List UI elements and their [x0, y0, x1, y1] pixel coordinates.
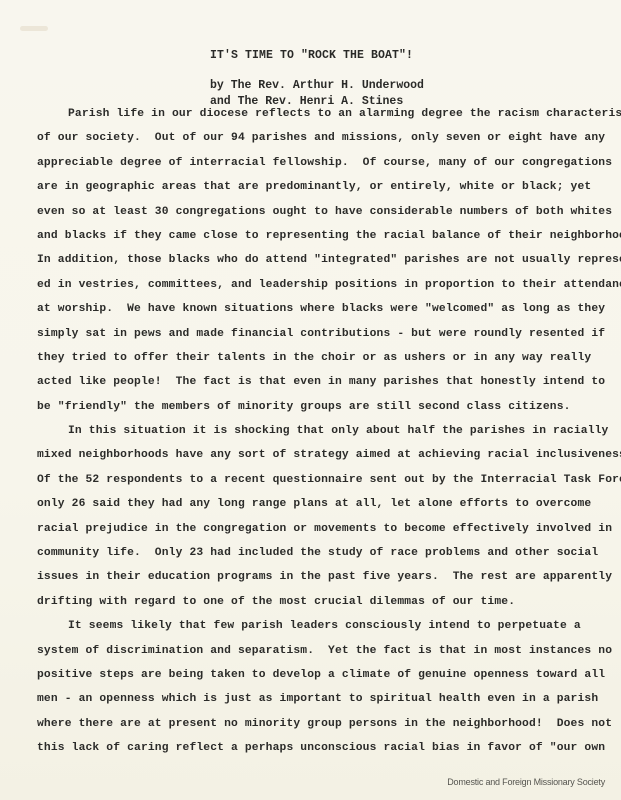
body-line: It seems likely that few parish leaders … — [37, 614, 597, 638]
body-line: appreciable degree of interracial fellow… — [37, 151, 597, 175]
source-attribution: Domestic and Foreign Missionary Society — [447, 777, 605, 787]
body-line: be "friendly" the members of minority gr… — [37, 395, 597, 419]
document-title: IT'S TIME TO "ROCK THE BOAT"! — [210, 49, 413, 62]
body-line: system of discrimination and separatism.… — [37, 639, 597, 663]
body-line: racial prejudice in the congregation or … — [37, 517, 597, 541]
body-line: and blacks if they came close to represe… — [37, 224, 597, 248]
body-line: even so at least 30 congregations ought … — [37, 200, 597, 224]
document-body: Parish life in our diocese reflects to a… — [37, 102, 597, 761]
body-line: men - an openness which is just as impor… — [37, 687, 597, 711]
body-line: they tried to offer their talents in the… — [37, 346, 597, 370]
body-line: simply sat in pews and made financial co… — [37, 322, 597, 346]
body-line: where there are at present no minority g… — [37, 712, 597, 736]
byline-author-1: by The Rev. Arthur H. Underwood — [210, 79, 424, 92]
body-line: mixed neighborhoods have any sort of str… — [37, 443, 597, 467]
paper-blemish — [20, 26, 48, 31]
body-line: Of the 52 respondents to a recent questi… — [37, 468, 597, 492]
body-line: ed in vestries, committees, and leadersh… — [37, 273, 597, 297]
document-page: IT'S TIME TO "ROCK THE BOAT"! by The Rev… — [0, 0, 621, 800]
body-line: issues in their education programs in th… — [37, 565, 597, 589]
body-line: drifting with regard to one of the most … — [37, 590, 597, 614]
body-line: are in geographic areas that are predomi… — [37, 175, 597, 199]
body-line: acted like people! The fact is that even… — [37, 370, 597, 394]
body-line: of our society. Out of our 94 parishes a… — [37, 126, 597, 150]
body-line: community life. Only 23 had included the… — [37, 541, 597, 565]
body-line: In this situation it is shocking that on… — [37, 419, 597, 443]
body-line: only 26 said they had any long range pla… — [37, 492, 597, 516]
body-line: Parish life in our diocese reflects to a… — [37, 102, 597, 126]
body-line: this lack of caring reflect a perhaps un… — [37, 736, 597, 760]
body-line: positive steps are being taken to develo… — [37, 663, 597, 687]
body-line: In addition, those blacks who do attend … — [37, 248, 597, 272]
body-line: at worship. We have known situations whe… — [37, 297, 597, 321]
